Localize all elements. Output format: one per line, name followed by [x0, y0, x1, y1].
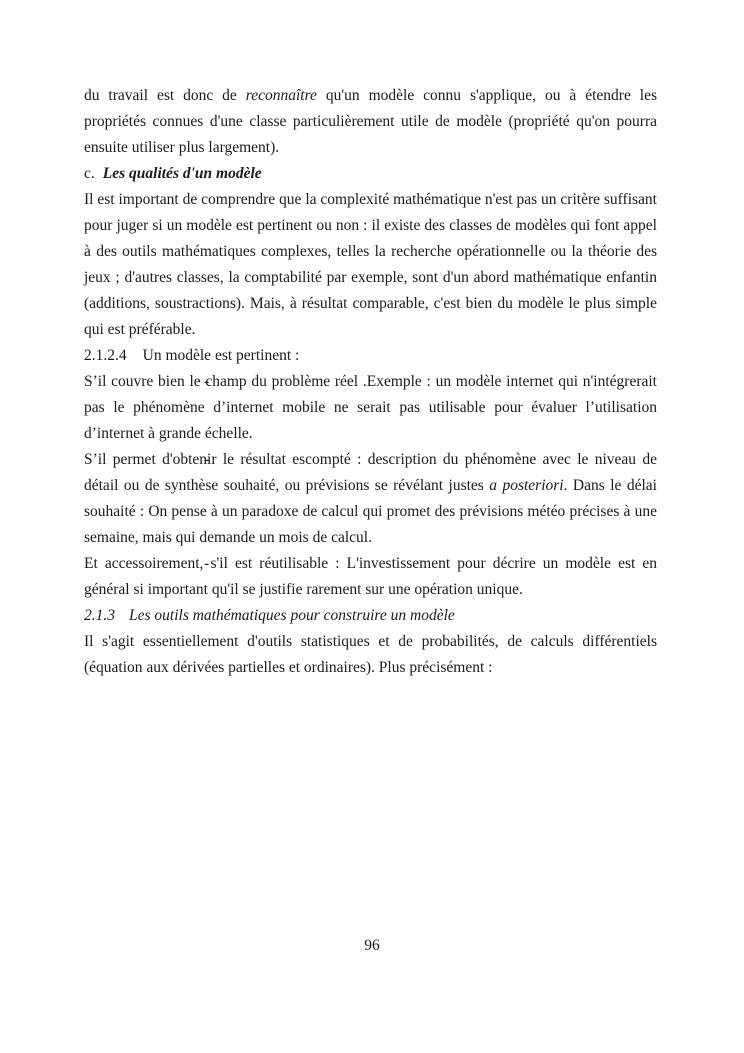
- heading-2-1-2-4: 2.1.2.4Un modèle est pertinent :: [84, 343, 657, 369]
- bullet-list: -S’il couvre bien le champ du problème r…: [84, 369, 657, 603]
- text-run-italic: reconnaître: [246, 87, 317, 104]
- heading-label: Un modèle est pertinent :: [143, 347, 300, 364]
- heading-prefix: c.: [84, 165, 95, 182]
- heading-number: 2.1.2.4: [84, 347, 127, 364]
- heading-label: Les qualités d'un modèle: [103, 165, 262, 182]
- dash-marker: -: [204, 369, 209, 395]
- dash-marker: -: [204, 551, 209, 577]
- dash-marker: -: [204, 447, 209, 473]
- document-page: du travail est donc de reconnaître qu'un…: [0, 0, 744, 1053]
- bullet-text: Et accessoirement, s'il est réutilisable…: [84, 555, 657, 598]
- paragraph-reconnaitre: du travail est donc de reconnaître qu'un…: [84, 83, 657, 161]
- heading-2-1-3: 2.1.3Les outils mathématiques pour const…: [84, 603, 657, 629]
- page-number: 96: [0, 933, 744, 959]
- heading-number: 2.1.3: [84, 607, 115, 624]
- bullet-item-reutilisable: -Et accessoirement, s'il est réutilisabl…: [84, 551, 657, 603]
- bullet-item-champ: -S’il couvre bien le champ du problème r…: [84, 369, 657, 447]
- heading-label: Les outils mathématiques pour construire…: [129, 607, 455, 624]
- bullet-item-resultat: -S’il permet d'obtenir le résultat escom…: [84, 447, 657, 551]
- paragraph-outils-statistiques: Il s'agit essentiellement d'outils stati…: [84, 629, 657, 681]
- text-run-italic: a posteriori: [489, 477, 563, 494]
- heading-qualites-modele: c.Les qualités d'un modèle: [84, 161, 657, 187]
- bullet-text: S’il couvre bien le champ du problème ré…: [84, 373, 657, 442]
- page-content: du travail est donc de reconnaître qu'un…: [84, 0, 657, 681]
- paragraph-complexite: Il est important de comprendre que la co…: [84, 187, 657, 343]
- text-run: du travail est donc de: [84, 87, 246, 104]
